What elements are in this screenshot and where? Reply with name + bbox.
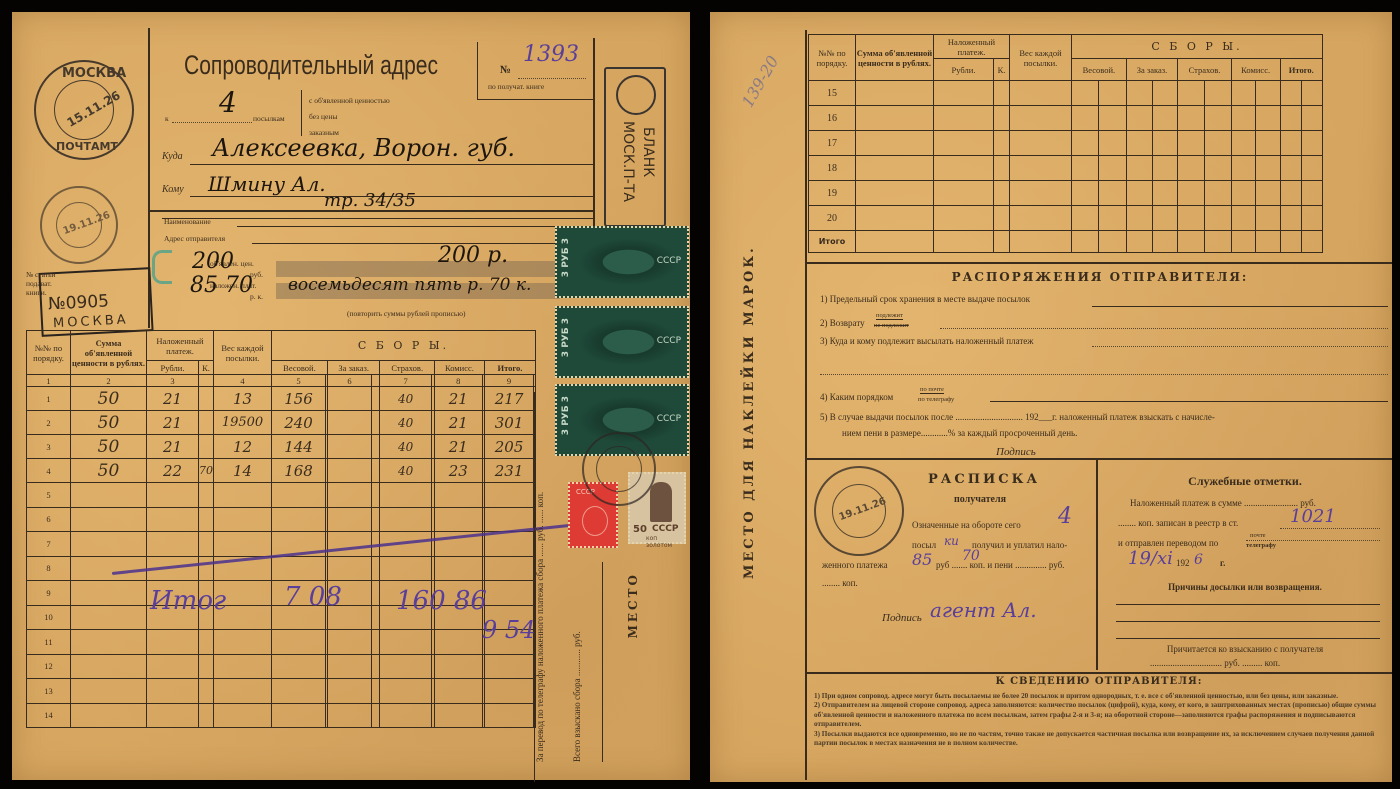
stamp-cancel-postmark xyxy=(582,432,656,506)
postmark-city: МОСКВА xyxy=(62,66,126,81)
order-item-3: 3) Куда и кому подлежит высылать наложен… xyxy=(820,336,1034,346)
col-number: 2 xyxy=(71,375,147,387)
parcels-option-declared: с об'явленной ценностью xyxy=(309,96,390,105)
col-number: 6 xyxy=(327,375,371,387)
notice-item-2: 2) Отправителем на лицевой стороне сопро… xyxy=(814,701,1388,729)
total-fees-note: Всего взыскано сбора ............ руб. xyxy=(572,532,582,762)
receipt-title: РАСПИСКА xyxy=(928,472,1040,487)
table-row: 12 xyxy=(27,654,536,679)
col-header-cod-rub: Рубли. xyxy=(934,59,994,81)
table-row: 6 xyxy=(27,507,536,532)
receipt-subtitle: получателя xyxy=(954,494,1006,505)
method-option-post: по почте xyxy=(920,386,944,394)
order-item-4: 4) Каким порядком xyxy=(820,392,893,402)
registration-city: МОСКВА xyxy=(53,312,129,331)
return-option-no: не подлежит xyxy=(874,322,909,329)
parcels-label: посылкам xyxy=(253,114,285,123)
form-back-side: 139-20 МЕСТО ДЛЯ НАКЛЕЙКИ МАРОК. №№ по п… xyxy=(710,12,1392,782)
transfer-option-telegraph: телеграфу xyxy=(1246,542,1276,549)
col-header-registered-fee: За заказ. xyxy=(1126,59,1178,81)
method-option-telegraph: по телеграфу xyxy=(918,396,954,403)
service-line-3: и отправлен переводом по xyxy=(1118,538,1218,548)
sender-orders-section: РАСПОРЯЖЕНИЯ ОТПРАВИТЕЛЯ: 1) Предельный … xyxy=(810,268,1390,458)
pencil-note: 139-20 xyxy=(738,52,783,110)
parcels-count: 4 xyxy=(219,86,237,119)
notice-items: 1) При одном сопровод. адресе могут быть… xyxy=(814,692,1388,748)
table-row: 18 xyxy=(809,156,1323,181)
worker-figure-icon xyxy=(650,482,672,522)
table-row: 16 xyxy=(809,106,1323,131)
col-number: 9 xyxy=(484,375,533,387)
notice-item-1: 1) При одном сопровод. адресе могут быть… xyxy=(814,692,1388,701)
name-label: Наименование xyxy=(164,217,211,226)
col-header-insurance-fee: Страхов. xyxy=(380,361,435,375)
receiver-book-number: 1393 xyxy=(523,42,579,67)
table-row: 5 xyxy=(27,483,536,508)
receipt-parcels-suffix: ки xyxy=(944,534,959,548)
col-header-weight: Вес каждой посылки. xyxy=(214,331,272,375)
col-header-cod: Наложенный платеж. xyxy=(147,331,214,361)
registry-page: 1021 xyxy=(1290,506,1336,527)
receipt-line-3b: руб ....... коп. и пени .............. р… xyxy=(936,560,1064,570)
form-front-side: Сопроводительный адрес № 1393 по получат… xyxy=(12,12,690,780)
totals-note-b: 7 08 xyxy=(284,582,342,612)
order-item-2: 2) Возврату xyxy=(820,318,865,328)
service-line-1: Наложенный платеж в сумме ..............… xyxy=(1130,498,1316,508)
repeat-in-words-hint: (повторить суммы рублей прописью) xyxy=(347,309,465,318)
col-header-insurance-fee: Страхов. xyxy=(1178,59,1231,81)
back-parcel-table: №№ по порядку. Сумма об'явленной ценност… xyxy=(808,34,1323,253)
registration-book-label: № статьи подават. книги. xyxy=(26,270,72,297)
order-item-5b: нием пени в размере............% за кажд… xyxy=(842,428,1077,438)
recipient-extra: тр. 34/35 xyxy=(324,190,416,211)
col-number: 4 xyxy=(214,375,272,387)
table-row: 2 50 21 19500 240 40 21 301 xyxy=(27,411,536,435)
receipt-line-2a: посыл xyxy=(912,540,936,550)
portrait-icon xyxy=(582,506,608,536)
table-row: 11 xyxy=(27,630,536,655)
number-sign: № xyxy=(500,64,511,76)
col-header-weight-fee: Весовой. xyxy=(272,361,328,375)
col-number: 1 xyxy=(27,375,71,387)
declared-value-amount: 200 xyxy=(192,249,234,274)
transfer-option-post: почте xyxy=(1250,532,1266,539)
col-number: 8 xyxy=(434,375,482,387)
col-header-number: №№ по порядку. xyxy=(27,331,71,375)
collect-amount-line: ................................ руб. ..… xyxy=(1150,658,1280,668)
arrival-postmark: 19.11.26 xyxy=(40,186,118,264)
totals-note-c: 160 86 xyxy=(396,586,487,616)
declared-value-words: 200 р. xyxy=(438,243,508,268)
transfer-year: 6 xyxy=(1194,552,1203,568)
table-row: 15 xyxy=(809,81,1323,106)
recipient-value: Шмину Ал. xyxy=(208,172,326,196)
receipt-line-4: ........ коп. xyxy=(822,578,858,588)
receipt-cod-rub: 85 xyxy=(912,550,932,569)
blank-stamp-line2: МОСК.П-ТА xyxy=(620,121,636,202)
moscow-postmark: МОСКВА ПОЧТАМТ 15.11.26 xyxy=(34,60,134,160)
table-row: 3 50 21 12 144 40 21 205 xyxy=(27,435,536,459)
cod-amount: 85 70 xyxy=(190,273,253,298)
table-row: 8 xyxy=(27,556,536,581)
blank-moscow-stamp: БЛАНК МОСК.П-ТА xyxy=(604,67,666,227)
parcel-fees-table: №№ по порядку. Сумма об'явленной ценност… xyxy=(26,330,536,728)
table-total-row: Итого xyxy=(809,231,1323,253)
col-header-cod-rub: Рубли. xyxy=(147,361,199,375)
col-header-fees: С Б О Р Ы. xyxy=(272,331,536,361)
telegraph-fee-note: За перевод по телеграфу наложенного плат… xyxy=(535,412,545,762)
parcels-prefix: к xyxy=(165,114,169,123)
receiver-book-label: по получат. книге xyxy=(488,82,544,91)
col-number: 3 xyxy=(147,375,199,387)
postmark-office: ПОЧТАМТ xyxy=(56,140,118,153)
order-item-5a: 5) В случае выдачи посылок после .......… xyxy=(820,412,1215,422)
service-marks-section: Служебные отметки. Наложенный платеж в с… xyxy=(1100,460,1390,670)
table-row: 4 50 22 70 14 168 40 23 231 xyxy=(27,459,536,483)
delivery-postmark: 19.11.26 xyxy=(814,466,904,556)
transfer-date: 19/xi xyxy=(1128,548,1173,569)
receipt-line-3a: женного платежа xyxy=(822,560,888,570)
stamp-area-label: МЕСТО ДЛЯ НАКЛЕЙКИ МАРОК. xyxy=(742,202,757,622)
parcels-option-no-value: без цены xyxy=(309,112,337,121)
receiver-book-number-box: № 1393 по получат. книге xyxy=(477,42,594,100)
orders-signature-label: Подпись xyxy=(996,446,1036,458)
totals-note-a: Итог xyxy=(150,586,226,616)
col-header-commission-fee: Комисс. xyxy=(434,361,484,375)
col-header-total: Итого. xyxy=(484,361,535,375)
table-row: 13 xyxy=(27,679,536,704)
emblem-icon xyxy=(616,75,656,115)
table-row: 20 xyxy=(809,206,1323,231)
totals-note-d: 9 54 xyxy=(482,616,535,644)
col-header-registered-fee: За заказ. xyxy=(327,361,380,375)
blue-handstamp xyxy=(152,250,172,284)
col-header-cod-k: К. xyxy=(994,59,1010,81)
service-line-4: 192 xyxy=(1176,558,1190,568)
col-number: 7 xyxy=(380,375,431,387)
orders-title: РАСПОРЯЖЕНИЯ ОТПРАВИТЕЛЯ: xyxy=(810,270,1390,284)
receipt-signature: агент Ал. xyxy=(930,598,1037,622)
receipt-line-2b: получил и уплатил нало- xyxy=(972,540,1067,550)
document-title: Сопроводительный адрес xyxy=(184,50,438,81)
reasons-title: Причины досылки или возвращения. xyxy=(1100,582,1390,592)
sender-address-label: Адрес отправителя xyxy=(164,234,225,243)
col-header-declared: Сумма об'явленной ценности в рублях. xyxy=(71,331,147,375)
amounts-section: об'явлен. цен. руб. наложен. плат. р. к.… xyxy=(170,257,560,309)
notice-title: К СВЕДЕНИЮ ОТПРАВИТЕЛЯ: xyxy=(810,676,1388,687)
order-item-1: 1) Предельный срок хранения в месте выда… xyxy=(820,294,1030,304)
table-row: 14 xyxy=(27,703,536,728)
stamp-area-label: МЕСТО xyxy=(626,572,640,638)
service-title: Служебные отметки. xyxy=(1100,474,1390,489)
cod-amount-words: восемьдесят пять р. 70 к. xyxy=(288,275,531,295)
table-row: 1 50 21 13 156 40 21 217 xyxy=(27,387,536,411)
col-header-commission-fee: Комисс. xyxy=(1231,59,1280,81)
postage-stamp-green-2: 3 РУБ 3 СССР xyxy=(555,306,689,378)
destination-label: Куда xyxy=(162,151,183,162)
col-header-fees: С Б О Р Ы. xyxy=(1072,35,1323,59)
col-header-declared: Сумма об'явленной ценности в рублях. xyxy=(856,35,934,81)
recipient-receipt-section: РАСПИСКА получателя Означенные на оборот… xyxy=(808,460,1096,670)
sender-notice-section: К СВЕДЕНИЮ ОТПРАВИТЕЛЯ: 1) При одном соп… xyxy=(810,676,1388,776)
receipt-parcel-count: 4 xyxy=(1058,504,1072,529)
year-suffix: г. xyxy=(1220,558,1225,568)
destination-value: Алексеевка, Ворон. губ. xyxy=(212,134,515,162)
recipient-label: Кому xyxy=(162,184,184,195)
service-line-2: ........ коп. записан в реестр в ст. xyxy=(1118,518,1238,528)
notice-item-3: 3) Посылки выдаются все одновременно, но… xyxy=(814,730,1388,749)
col-header-weight-fee: Весовой. xyxy=(1072,59,1127,81)
col-number: 5 xyxy=(272,375,326,387)
blank-stamp-line1: БЛАНК xyxy=(640,127,656,177)
table-row: 17 xyxy=(809,131,1323,156)
col-header-total: Итого. xyxy=(1280,59,1322,81)
col-header-cod: Наложенный платеж. xyxy=(934,35,1010,59)
col-header-number: №№ по порядку. xyxy=(809,35,856,81)
receipt-line-1: Означенные на обороте сего xyxy=(912,520,1021,530)
return-option-yes: подлежит xyxy=(876,312,903,320)
table-row: 19 xyxy=(809,181,1323,206)
collect-label: Причитается ко взысканию с получателя xyxy=(1100,644,1390,654)
postage-stamp-green-1: 3 РУБ 3 СССР xyxy=(555,226,689,298)
col-header-weight: Вес каждой посылки. xyxy=(1010,35,1072,81)
receipt-signature-label: Подпись xyxy=(882,612,922,624)
col-header-cod-k: К. xyxy=(199,361,214,375)
